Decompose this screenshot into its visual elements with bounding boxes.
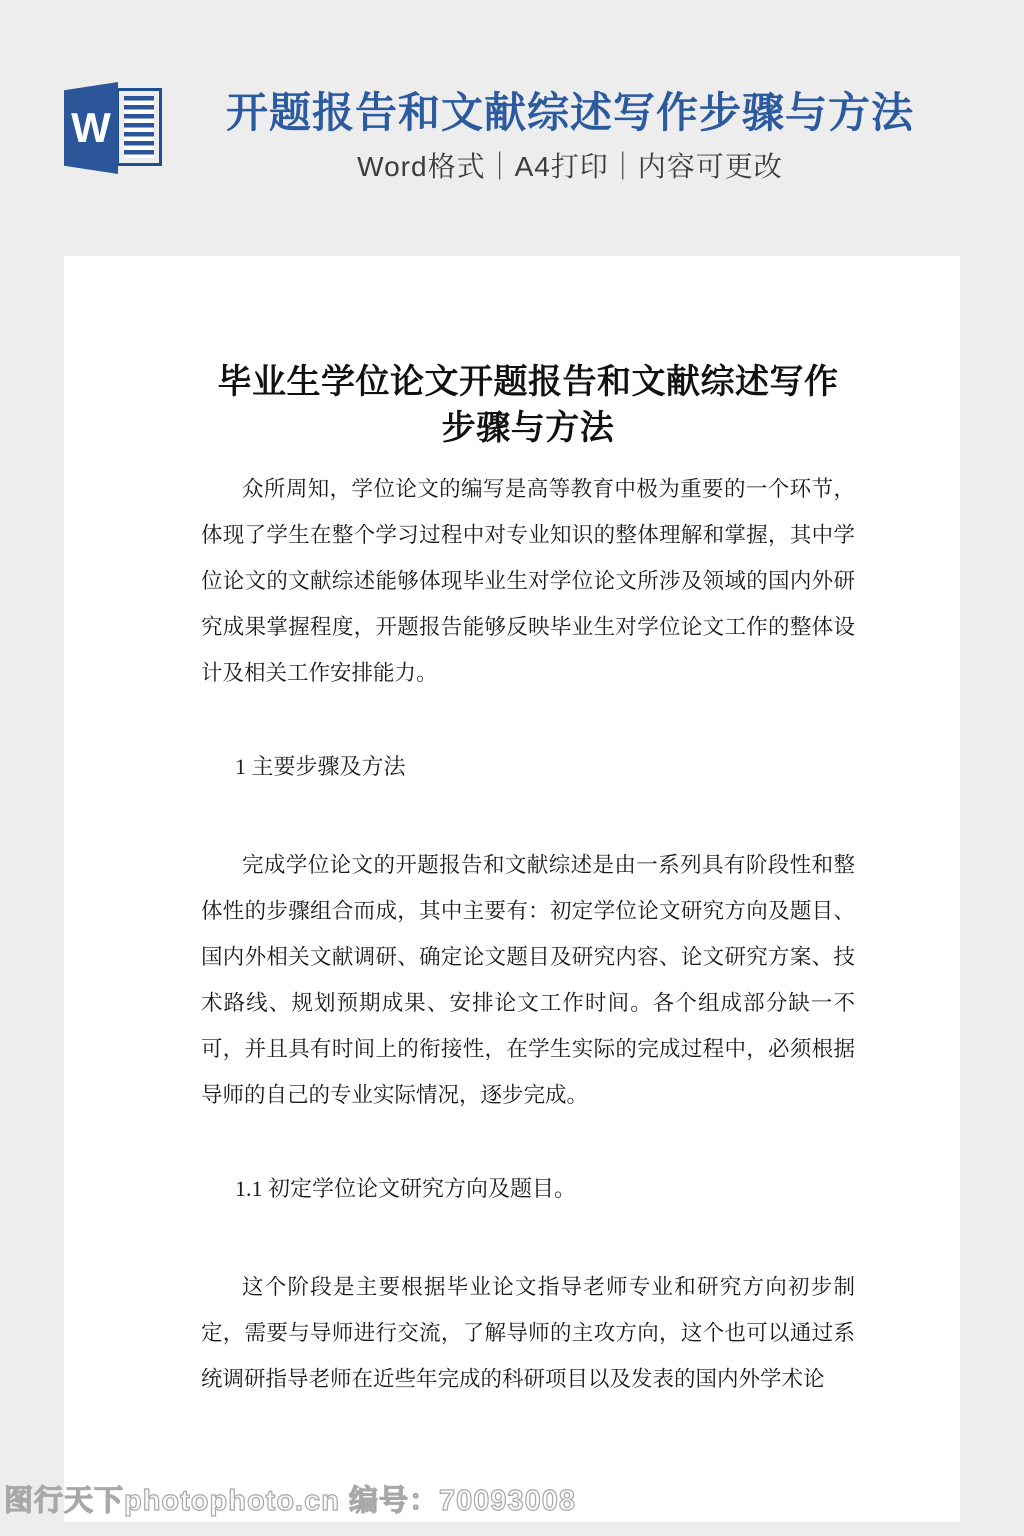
header-text: 开题报告和文献综述写作步骤与方法 Word格式｜A4打印｜内容可更改 [115, 88, 1024, 184]
doc-paragraph-stage: 这个阶段是主要根据毕业论文指导老师专业和研究方向初步制定，需要与导师进行交流，了… [201, 1264, 855, 1402]
doc-paragraph-intro: 众所周知，学位论文的编写是高等教育中极为重要的一个环节，体现了学生在整个学习过程… [201, 466, 855, 696]
doc-paragraph-steps: 完成学位论文的开题报告和文献综述是由一系列具有阶段性和整体性的步骤组合而成，其中… [201, 842, 855, 1118]
document-title-line-2: 步骤与方法 [201, 406, 855, 452]
site-watermark: 图行天下photophoto.cn 编号：70093008 [4, 1484, 576, 1518]
section-heading-1: 1 主要步骤及方法 [201, 744, 855, 790]
template-preview-page: W 开题报告和文献综述写作步骤与方法 Word格式｜A4打印｜内容可更改 毕业生… [0, 0, 1024, 1536]
header: W 开题报告和文献综述写作步骤与方法 Word格式｜A4打印｜内容可更改 [0, 0, 1024, 256]
template-title: 开题报告和文献综述写作步骤与方法 [115, 88, 1024, 138]
document-sheet: 毕业生学位论文开题报告和文献综述写作 步骤与方法 众所周知，学位论文的编写是高等… [64, 256, 960, 1522]
document-title-line-1: 毕业生学位论文开题报告和文献综述写作 [201, 360, 855, 406]
word-icon-cover: W [64, 82, 118, 174]
word-icon-letter: W [71, 107, 111, 149]
section-heading-1-1: 1.1 初定学位论文研究方向及题目。 [201, 1166, 855, 1212]
document-title: 毕业生学位论文开题报告和文献综述写作 步骤与方法 [201, 360, 855, 452]
format-info: Word格式｜A4打印｜内容可更改 [115, 150, 1024, 184]
